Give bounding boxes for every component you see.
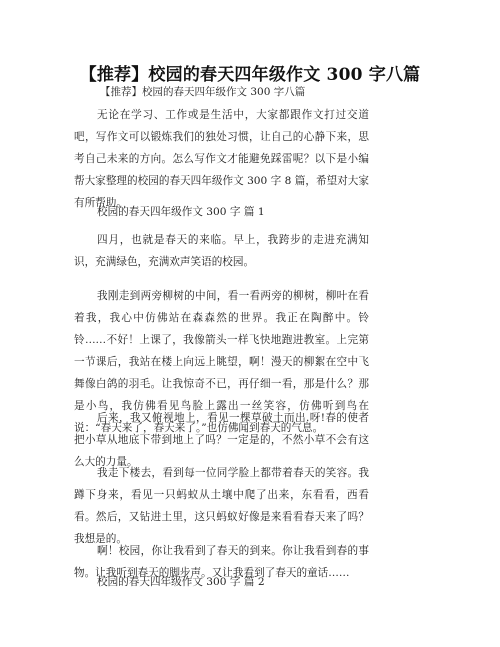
document-page: 【推荐】校园的春天四年级作文 300 字八篇 【推荐】校园的春天四年级作文 30…: [0, 0, 500, 647]
section-heading-2: 校园的春天四年级作文 300 字 篇 2: [97, 574, 265, 589]
intro-paragraph: 无论在学习、工作或是生活中，大家都跟作文打过交道吧，写作文可以锻炼我们的独处习惯…: [74, 104, 369, 214]
document-subtitle: 【推荐】校园的春天四年级作文 300 字八篇: [100, 84, 305, 99]
document-title: 【推荐】校园的春天四年级作文 300 字八篇: [0, 60, 500, 85]
section-heading-1: 校园的春天四年级作文 300 字 篇 1: [97, 204, 265, 219]
section-1-paragraph-1: 四月，也就是春天的来临。早上，我跨步的走进充满知识，充满绿色，充满欢声笑语的校园…: [74, 229, 369, 273]
section-1-paragraph-4: 我走下楼去，看到每一位同学脸上都带着春天的笑容。我蹲下身来，看见一只蚂蚁从土壤中…: [74, 462, 369, 550]
